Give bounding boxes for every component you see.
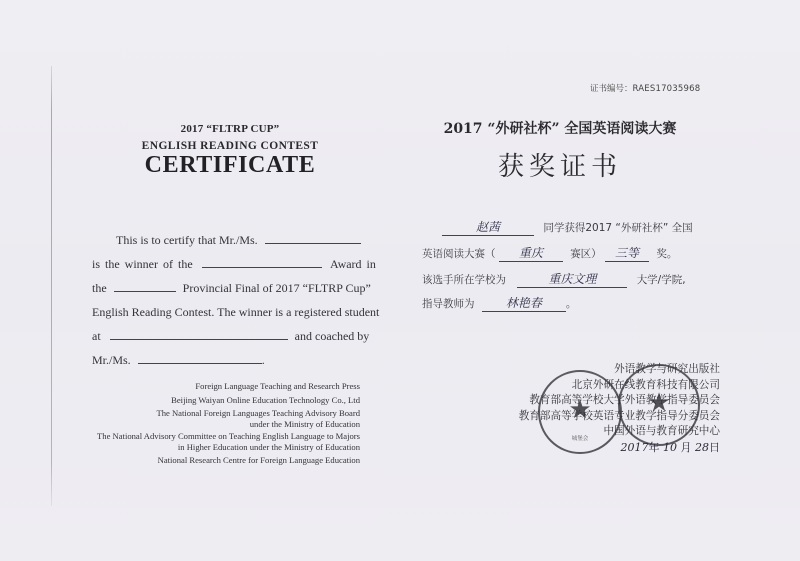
serial-label: 证书编号： bbox=[590, 84, 633, 94]
fold-line bbox=[51, 66, 52, 506]
org-advisory-committee: The National Advisory Committee on Teach… bbox=[92, 431, 360, 452]
region: 重庆 bbox=[499, 246, 563, 262]
issuer-waiyan: 北京外研在线教育科技有限公司 bbox=[470, 378, 720, 394]
cn-line-4: 指导教师为 林艳春。 bbox=[422, 296, 576, 312]
en-certificate-title: CERTIFICATE bbox=[100, 152, 360, 179]
serial-number: 证书编号：RAES17035968 bbox=[590, 82, 700, 94]
cn-certificate-title: 获奖证书 bbox=[430, 146, 690, 183]
cn-line-1: 赵茜 同学获得2017 “外研社杯” 全国 bbox=[442, 220, 693, 236]
coach-blank bbox=[138, 352, 262, 364]
en-year-line: 2017 “FLTRP CUP” bbox=[100, 123, 360, 135]
en-line-5a: at bbox=[92, 329, 101, 343]
certificate-page: 2017 “FLTRP CUP” ENGLISH READING CONTEST… bbox=[0, 0, 800, 561]
issuer-advisory-committee: 教育部高等学校英语专业教学指导分委员会 bbox=[470, 409, 720, 425]
cn-line-2: 英语阅读大赛（ 重庆 赛区） 三等 奖。 bbox=[422, 246, 677, 262]
en-line-3a: the bbox=[92, 281, 107, 295]
org-waiyan: Beijing Waiyan Online Education Technolo… bbox=[92, 394, 360, 406]
name-blank bbox=[265, 232, 361, 244]
award-blank bbox=[202, 256, 322, 268]
issuer-fltrp: 外语教学与研究出版社 bbox=[470, 362, 720, 378]
issuer-advisory-board: 教育部高等学校大学外语教学指导委员会 bbox=[470, 393, 720, 409]
en-line-1: This is to certify that Mr./Ms. bbox=[116, 233, 258, 247]
en-line-6a: Mr./Ms. bbox=[92, 353, 131, 367]
en-line-2a: is the winner of the bbox=[92, 257, 193, 271]
award-level: 三等 bbox=[605, 246, 649, 262]
issuer-research-centre: 中国外语与教育研究中心 bbox=[470, 424, 720, 440]
school-name: 重庆文理 bbox=[517, 272, 627, 288]
serial-value: RAES17035968 bbox=[633, 84, 701, 94]
en-contest-line: ENGLISH READING CONTEST bbox=[100, 140, 360, 152]
en-line-2b: Award in bbox=[330, 257, 376, 271]
en-line-6b: . bbox=[262, 353, 265, 367]
en-organizations: Foreign Language Teaching and Research P… bbox=[92, 380, 360, 468]
issue-date: 2017年 10 月 28日 bbox=[470, 440, 720, 456]
org-research-centre: National Research Centre for Foreign Lan… bbox=[92, 454, 360, 466]
cn-issuers: 外语教学与研究出版社 北京外研在线教育科技有限公司 教育部高等学校大学外语教学指… bbox=[470, 362, 720, 455]
en-line-4: English Reading Contest. The winner is a… bbox=[92, 305, 379, 319]
province-blank bbox=[114, 280, 176, 292]
cn-line-3: 该选手所在学校为 重庆文理 大学/学院, bbox=[422, 272, 686, 288]
org-fltrp: Foreign Language Teaching and Research P… bbox=[92, 380, 360, 392]
teacher-name: 林艳春 bbox=[482, 296, 566, 312]
student-name: 赵茜 bbox=[442, 220, 534, 236]
school-blank bbox=[110, 328, 288, 340]
org-advisory-board: The National Foreign Languages Teaching … bbox=[92, 408, 360, 429]
en-line-5b: and coached by bbox=[295, 329, 370, 343]
en-line-3b: Provincial Final of 2017 “FLTRP Cup” bbox=[183, 281, 371, 295]
cn-contest-title: 2017 “外研社杯” 全国英语阅读大赛 bbox=[430, 118, 690, 138]
